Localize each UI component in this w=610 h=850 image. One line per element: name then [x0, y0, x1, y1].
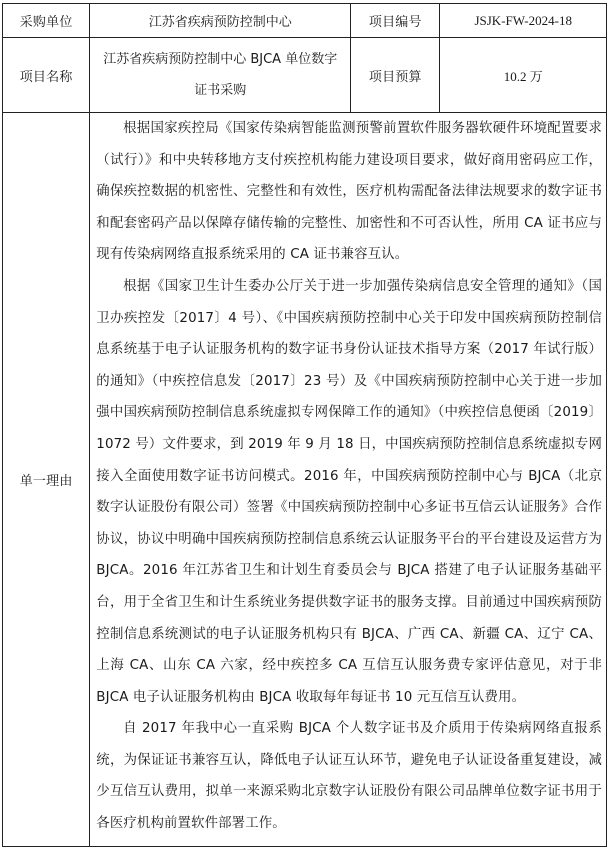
procurement-form: 采购单位 江苏省疾病预防控制中心 项目编号 JSJK-FW-2024-18 项目… — [2, 3, 607, 847]
row-sole-source-reason: 单一理由 根据国家疾控局《国家传染病智能监测预警前置软件服务器软硬件环境配置要求… — [3, 113, 607, 847]
sole-source-reason-label: 单一理由 — [3, 113, 90, 847]
project-budget-value: 10.2 万 — [440, 38, 607, 113]
project-number-label: 项目编号 — [351, 4, 440, 38]
reason-paragraph-3: 自 2017 年我中心一直采购 BJCA 个人数字证书及介质用于传染病网络直报系… — [96, 713, 602, 839]
purchasing-unit-value: 江苏省疾病预防控制中心 — [90, 4, 351, 38]
project-budget-label: 项目预算 — [351, 38, 440, 113]
row-purchasing-unit: 采购单位 江苏省疾病预防控制中心 项目编号 JSJK-FW-2024-18 — [3, 4, 607, 38]
project-name-label: 项目名称 — [3, 38, 90, 113]
procurement-table: 采购单位 江苏省疾病预防控制中心 项目编号 JSJK-FW-2024-18 项目… — [2, 3, 607, 847]
sole-source-reason-content: 根据国家疾控局《国家传染病智能监测预警前置软件服务器软硬件环境配置要求（试行）》… — [90, 113, 607, 847]
reason-paragraph-2: 根据《国家卫生计生委办公厅关于进一步加强传染病信息安全管理的通知》（国卫办疾控发… — [96, 271, 602, 713]
project-number-value: JSJK-FW-2024-18 — [440, 4, 607, 38]
reason-paragraph-1: 根据国家疾控局《国家传染病智能监测预警前置软件服务器软硬件环境配置要求（试行）》… — [96, 113, 602, 271]
purchasing-unit-label: 采购单位 — [3, 4, 90, 38]
project-name-value: 江苏省疾病预防控制中心 BJCA 单位数字证书采购 — [90, 38, 351, 113]
row-project-name: 项目名称 江苏省疾病预防控制中心 BJCA 单位数字证书采购 项目预算 10.2… — [3, 38, 607, 113]
